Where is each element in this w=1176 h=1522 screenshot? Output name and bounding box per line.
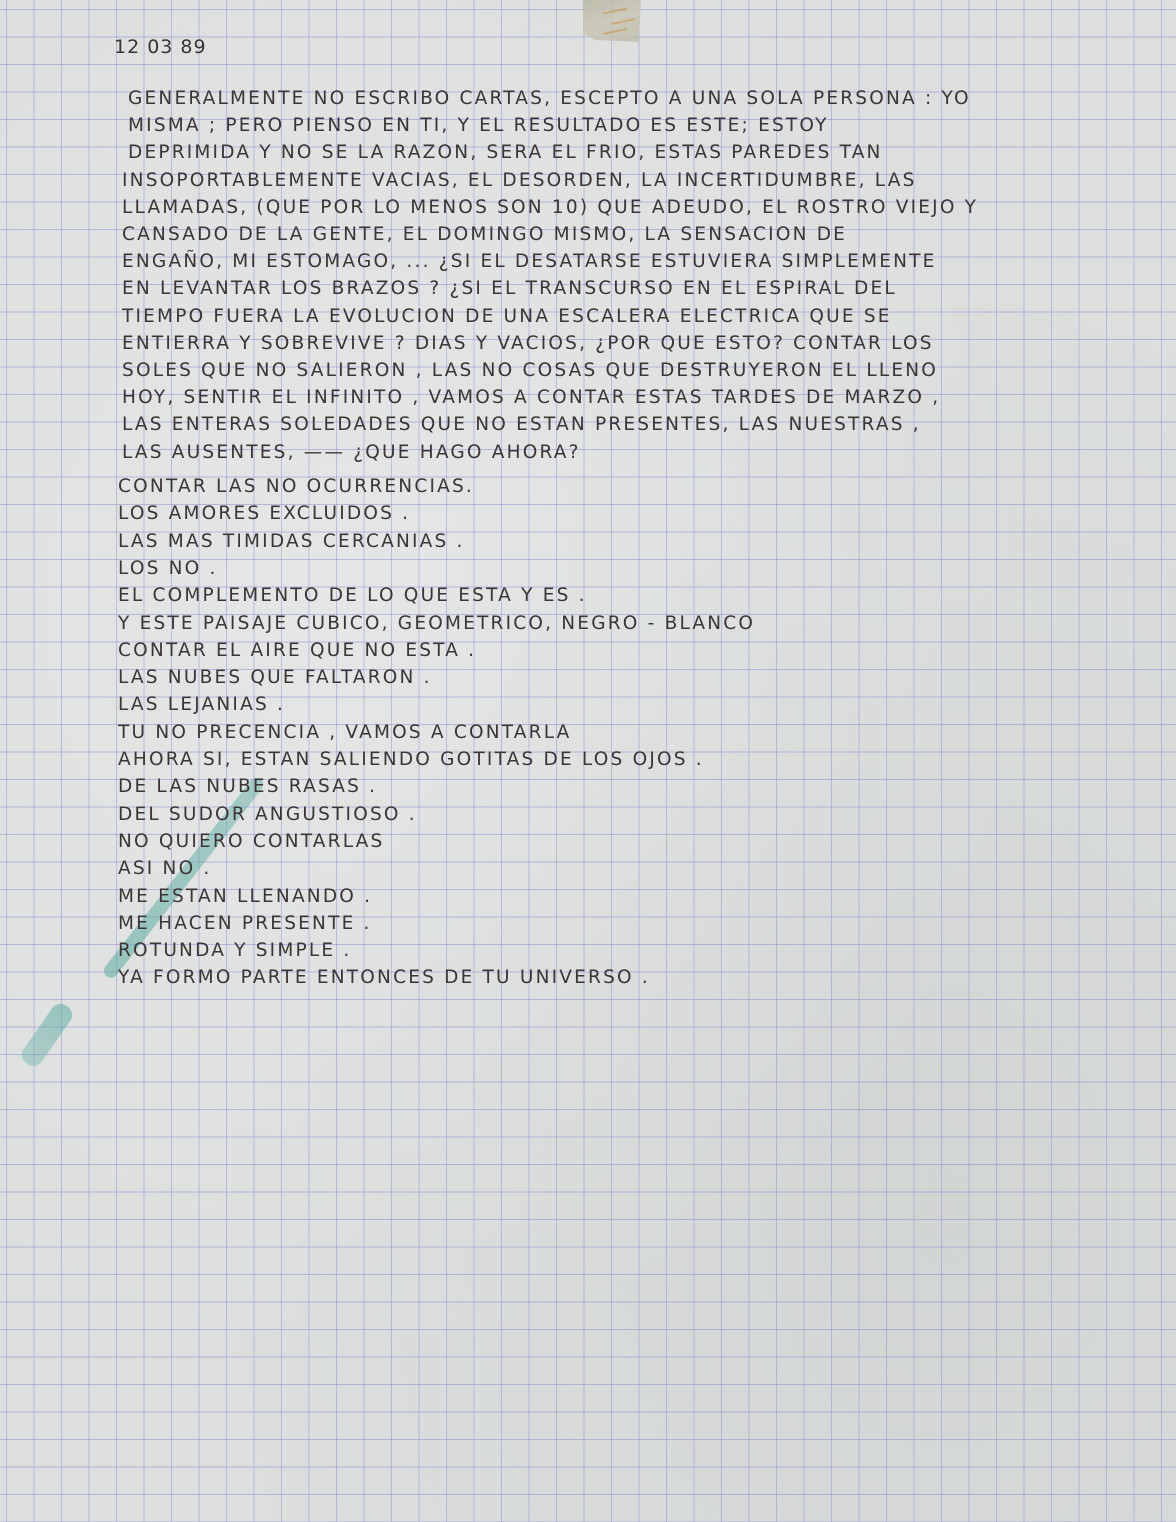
letter-date: 12 03 89 xyxy=(114,36,207,58)
paragraph-line: INSOPORTABLEMENTE VACIAS, EL DESORDEN, L… xyxy=(122,170,917,191)
verse-line: LAS MAS TIMIDAS CERCANIAS . xyxy=(118,531,465,552)
verse-line: DE LAS NUBES RASAS . xyxy=(118,776,377,797)
paragraph-line: HOY, SENTIR EL INFINITO , VAMOS A CONTAR… xyxy=(122,387,940,408)
handwritten-letter-page: 12 03 89 GENERALMENTE NO ESCRIBO CARTAS,… xyxy=(0,0,1176,1522)
verse-line: NO QUIERO CONTARLAS xyxy=(118,831,384,852)
paragraph-line: SOLES QUE NO SALIERON , LAS NO COSAS QUE… xyxy=(122,360,938,381)
verse-line: CONTAR EL AIRE QUE NO ESTA . xyxy=(118,640,476,661)
paragraph-line: LAS AUSENTES, —— ¿QUE HAGO AHORA? xyxy=(122,442,581,463)
green-highlighter-mark-tail xyxy=(18,1000,76,1070)
verse-line: LAS LEJANIAS . xyxy=(118,694,285,715)
verse-line: LOS AMORES EXCLUIDOS . xyxy=(118,503,410,524)
paragraph-line: EN LEVANTAR LOS BRAZOS ? ¿SI EL TRANSCUR… xyxy=(122,278,897,299)
paragraph-line: ENGAÑO, MI ESTOMAGO, ... ¿SI EL DESATARS… xyxy=(122,251,937,272)
verse-line: ROTUNDA Y SIMPLE . xyxy=(118,940,351,961)
paragraph-line: LLAMADAS, (QUE POR LO MENOS SON 10) QUE … xyxy=(122,197,978,218)
verse-line: Y ESTE PAISAJE CUBICO, GEOMETRICO, NEGRO… xyxy=(118,613,755,634)
verse-line: LAS NUBES QUE FALTARON . xyxy=(118,667,432,688)
verse-line: YA FORMO PARTE ENTONCES DE TU UNIVERSO . xyxy=(118,967,650,988)
tape-fragment xyxy=(583,0,641,42)
verse-line: ME ESTAN LLENANDO . xyxy=(118,886,372,907)
paragraph-line: CANSADO DE LA GENTE, EL DOMINGO MISMO, L… xyxy=(122,224,847,245)
verse-line: DEL SUDOR ANGUSTIOSO . xyxy=(118,804,417,825)
verse-line: CONTAR LAS NO OCURRENCIAS. xyxy=(118,476,474,497)
verse-line: ASI NO . xyxy=(118,858,212,879)
paragraph-line: MISMA ; PERO PIENSO EN TI, Y EL RESULTAD… xyxy=(128,115,829,136)
verse-line: ME HACEN PRESENTE . xyxy=(118,913,372,934)
paragraph-line: GENERALMENTE NO ESCRIBO CARTAS, ESCEPTO … xyxy=(128,88,971,109)
verse-line: LOS NO . xyxy=(118,558,218,579)
paragraph-line: TIEMPO FUERA LA EVOLUCION DE UNA ESCALER… xyxy=(122,306,892,327)
verse-line: TU NO PRECENCIA , VAMOS A CONTARLA xyxy=(118,722,572,743)
verse-line: EL COMPLEMENTO DE LO QUE ESTA Y ES . xyxy=(118,585,587,606)
paragraph-line: LAS ENTERAS SOLEDADES QUE NO ESTAN PRESE… xyxy=(122,414,921,435)
verse-line: AHORA SI, ESTAN SALIENDO GOTITAS DE LOS … xyxy=(118,749,704,770)
paragraph-line: ENTIERRA Y SOBREVIVE ? DIAS Y VACIOS, ¿P… xyxy=(122,333,934,354)
paragraph-line: DEPRIMIDA Y NO SE LA RAZON, SERA EL FRIO… xyxy=(128,142,883,163)
